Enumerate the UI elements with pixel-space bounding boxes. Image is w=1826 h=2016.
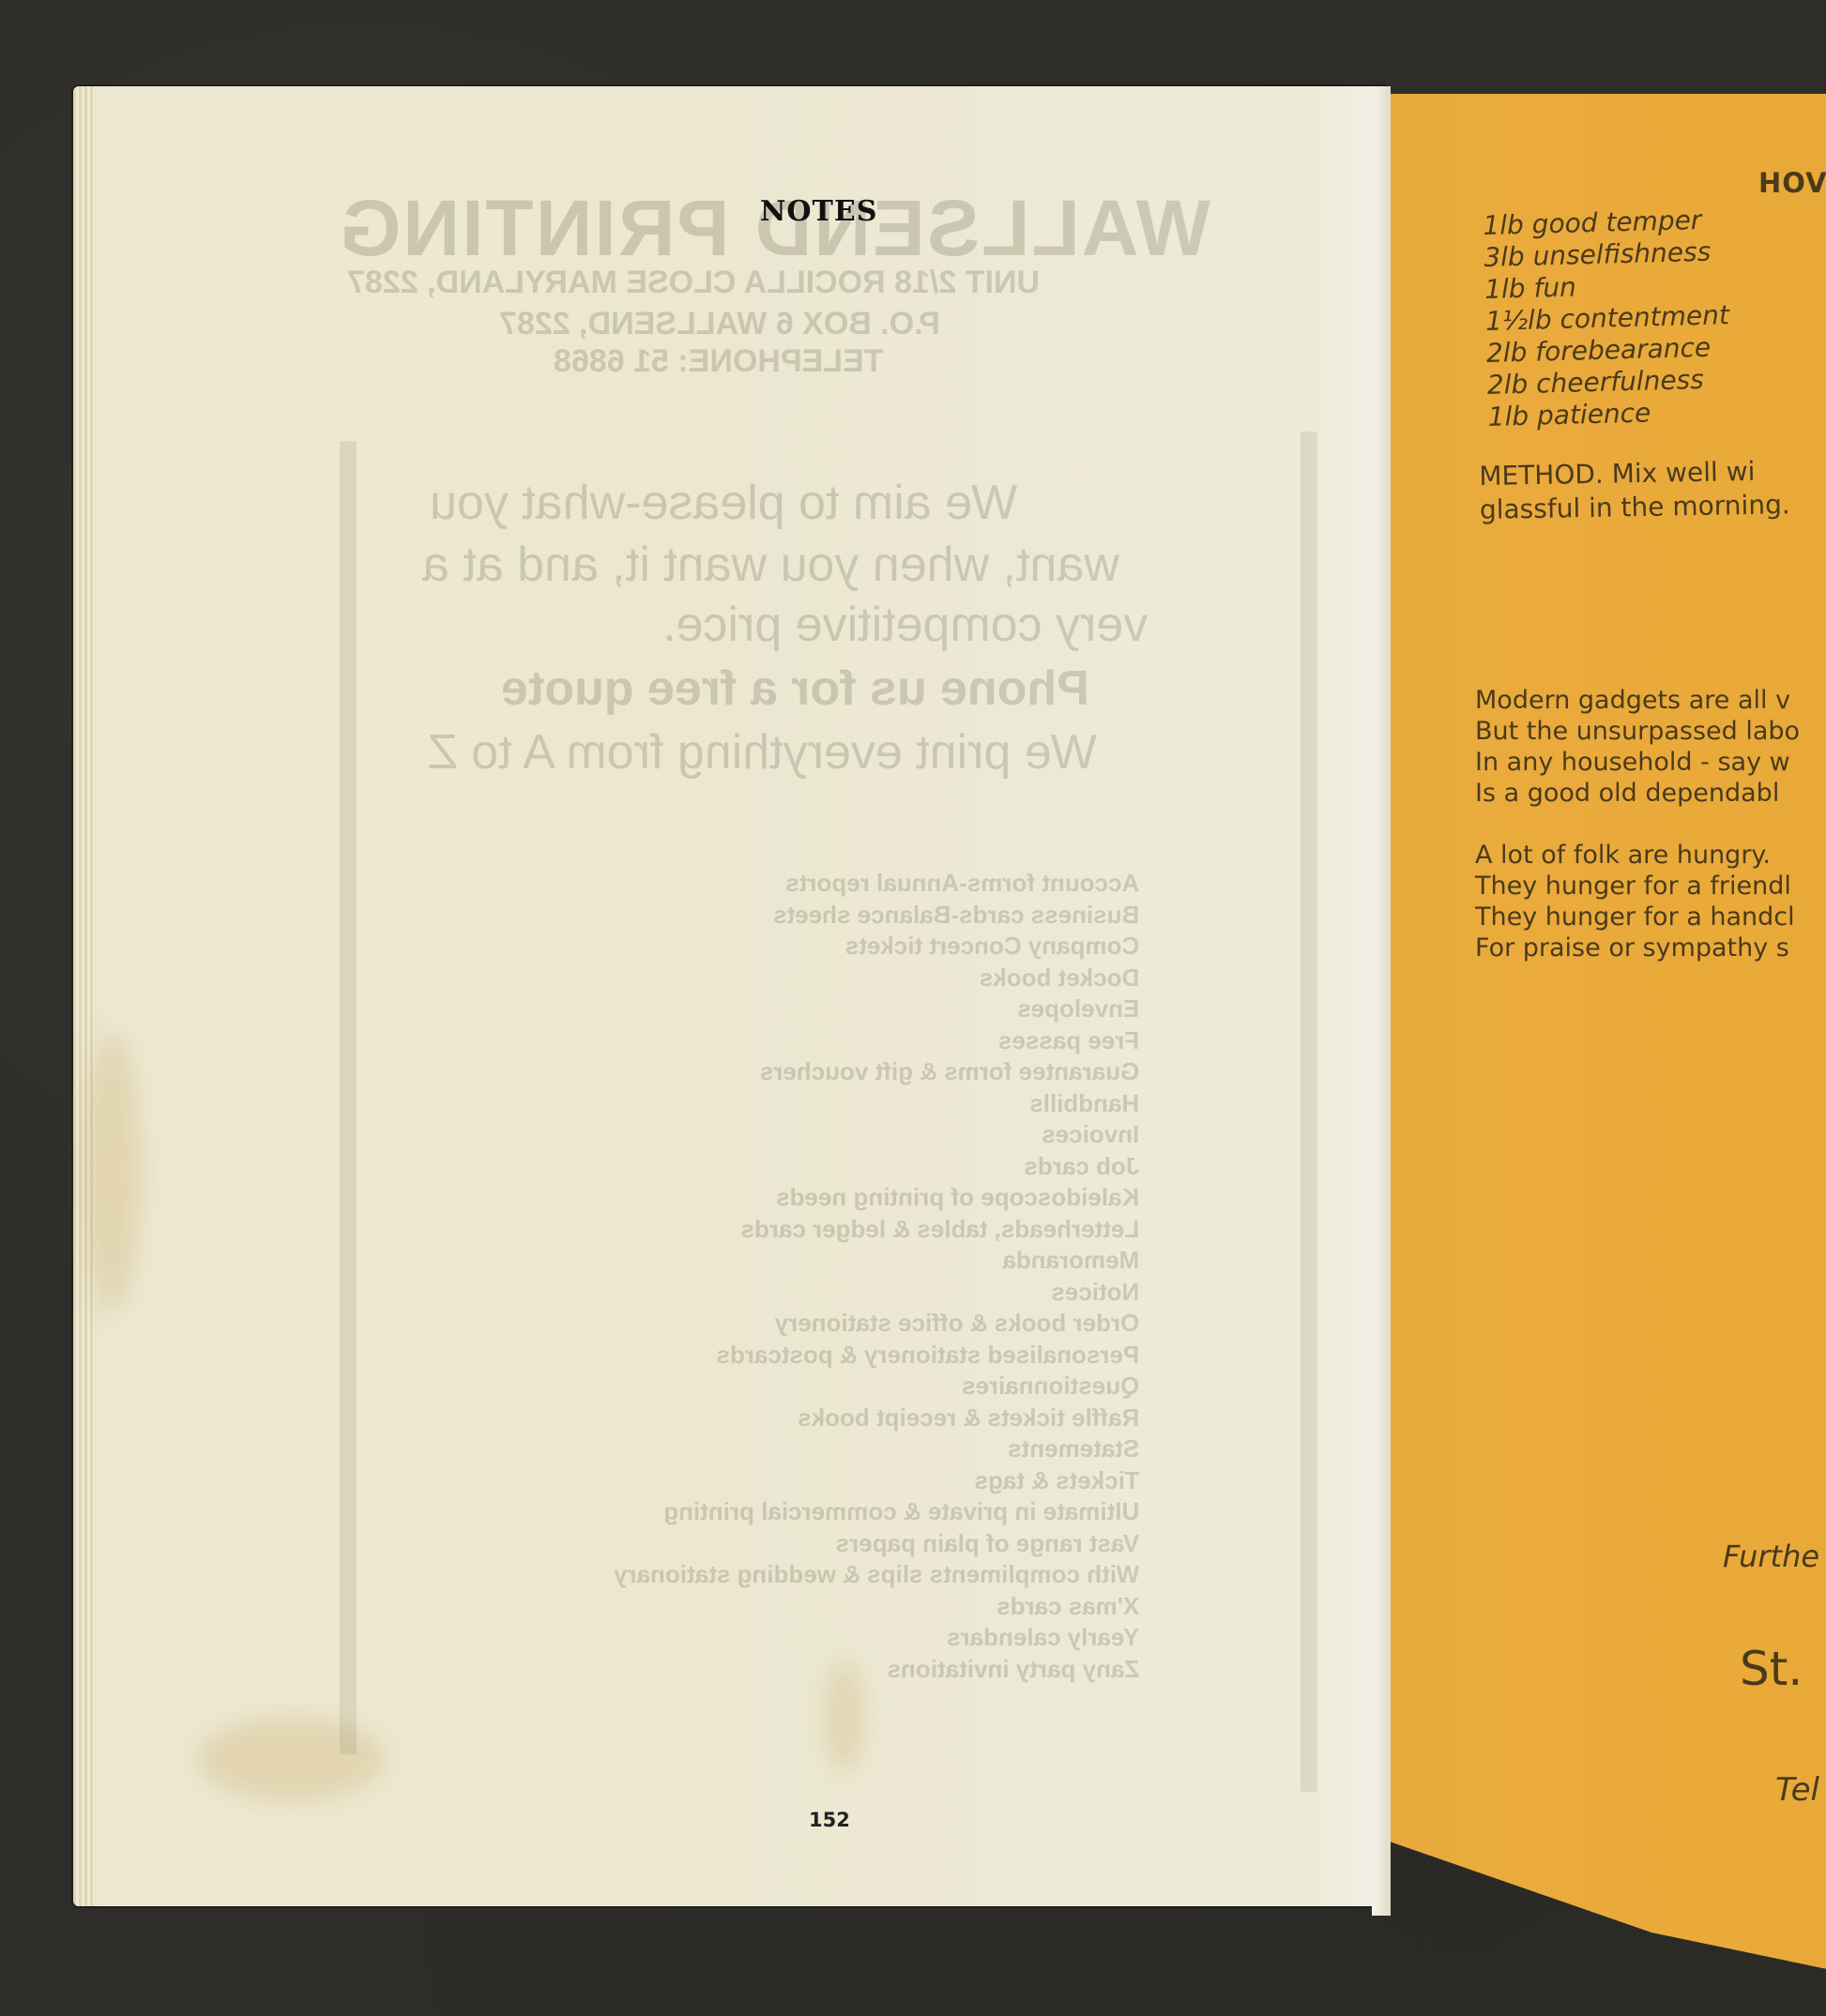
bleed-slogan-line: want, when you want it, and at a bbox=[422, 537, 1119, 593]
poem-line: They hunger for a friendl bbox=[1475, 871, 1800, 902]
bleed-service-item: Statements bbox=[614, 1433, 1139, 1465]
poem: Modern gadgets are all v But the unsurpa… bbox=[1475, 685, 1800, 963]
ingredient-item: 1lb patience bbox=[1487, 395, 1732, 433]
method-line: METHOD. Mix well wi bbox=[1479, 454, 1789, 493]
bleed-service-item: With compliments slips & wedding station… bbox=[614, 1559, 1139, 1591]
stain bbox=[84, 1032, 141, 1313]
bleed-service-item: Vast range of plain papers bbox=[614, 1528, 1139, 1560]
bleed-slogan-line: We aim to please-what you bbox=[430, 475, 1017, 531]
bleed-service-item: Business cards-Balance sheets bbox=[614, 900, 1139, 932]
bleed-address-line: P.O. BOX 6 WALLSEND, 2287 bbox=[499, 306, 940, 342]
bleed-service-item: Yearly calendars bbox=[614, 1622, 1139, 1654]
method-text: METHOD. Mix well wi glassful in the morn… bbox=[1479, 454, 1790, 527]
bleed-rule-right bbox=[1301, 432, 1317, 1792]
bleed-service-item: Questionnaires bbox=[614, 1371, 1139, 1402]
footer-st-text: St. bbox=[1740, 1642, 1803, 1696]
bleed-service-item: Kaleidoscope of printing needs bbox=[614, 1182, 1139, 1214]
poem-line: They hunger for a handcl bbox=[1475, 902, 1800, 932]
bleed-service-item: Free passes bbox=[614, 1025, 1139, 1057]
stanza-gap bbox=[1475, 809, 1800, 840]
poem-line: Modern gadgets are all v bbox=[1475, 685, 1800, 716]
poem-line: For praise or sympathy s bbox=[1475, 932, 1800, 963]
page-edges bbox=[73, 86, 94, 1906]
bleed-slogan-line: Phone us for a free quote bbox=[501, 660, 1089, 717]
bleed-service-item: Company Concert tickets bbox=[614, 931, 1139, 963]
bleed-rule-left bbox=[340, 441, 357, 1754]
poem-line: In any household - say w bbox=[1475, 747, 1800, 778]
recipe-heading: HOV bbox=[1758, 167, 1826, 199]
poem-line: But the unsurpassed labo bbox=[1475, 716, 1800, 747]
bleed-service-item: Guarantee forms & gift vouchers bbox=[614, 1056, 1139, 1088]
bleed-service-item: Docket books bbox=[614, 963, 1139, 994]
bleed-service-item: Job cards bbox=[614, 1151, 1139, 1183]
bleed-service-item: Envelopes bbox=[614, 993, 1139, 1025]
poem-line: Is a good old dependabl bbox=[1475, 778, 1800, 809]
bleed-slogan-line: We print everything from A to Z bbox=[428, 724, 1097, 781]
bleed-service-item: X'mas cards bbox=[614, 1591, 1139, 1623]
bleed-address-line: TELEPHONE: 51 6868 bbox=[554, 343, 883, 380]
method-line: glassful in the morning. bbox=[1480, 488, 1790, 527]
bleed-service-item: Handbills bbox=[614, 1088, 1139, 1120]
bleed-services-list: Account forms-Annual reports Business ca… bbox=[614, 868, 1139, 1685]
bleed-service-item: Invoices bbox=[614, 1119, 1139, 1151]
bleed-slogan-line: very competitive price. bbox=[662, 597, 1148, 653]
bleed-service-item: Raffle tickets & receipt books bbox=[614, 1402, 1139, 1434]
bleed-service-item: Zany party invitations bbox=[614, 1654, 1139, 1686]
footer-tel-text: Tel bbox=[1775, 1771, 1819, 1809]
bleed-service-item: Notices bbox=[614, 1277, 1139, 1309]
page-number: 152 bbox=[809, 1809, 850, 1831]
bleed-service-item: Ultimate in private & commercial printin… bbox=[614, 1496, 1139, 1528]
bleed-service-item: Memoranda bbox=[614, 1245, 1139, 1277]
bleed-service-item: Personalised stationery & postcards bbox=[614, 1340, 1139, 1372]
ingredients-list: 1lb good temper 3lb unselfishness 1lb fu… bbox=[1483, 204, 1732, 433]
page-title: NOTES bbox=[760, 195, 877, 228]
poem-line: A lot of folk are hungry. bbox=[1475, 840, 1800, 871]
stain bbox=[197, 1717, 385, 1801]
bleed-service-item: Tickets & tags bbox=[614, 1465, 1139, 1497]
ingredient-item: 2lb cheerfulness bbox=[1486, 363, 1731, 402]
bleed-address-line: UNIT 2/18 ROCILLA CLOSE MARYLAND, 2287 bbox=[347, 265, 1040, 301]
bleed-service-item: Letterheads, tables & ledger cards bbox=[614, 1214, 1139, 1246]
book-gutter bbox=[1372, 86, 1391, 1916]
bleed-service-item: Order books & office stationery bbox=[614, 1308, 1139, 1340]
ingredient-item: 3lb unselfishness bbox=[1484, 235, 1728, 274]
footer-further-text: Furthe bbox=[1723, 1539, 1819, 1574]
bleed-service-item: Account forms-Annual reports bbox=[614, 868, 1139, 900]
